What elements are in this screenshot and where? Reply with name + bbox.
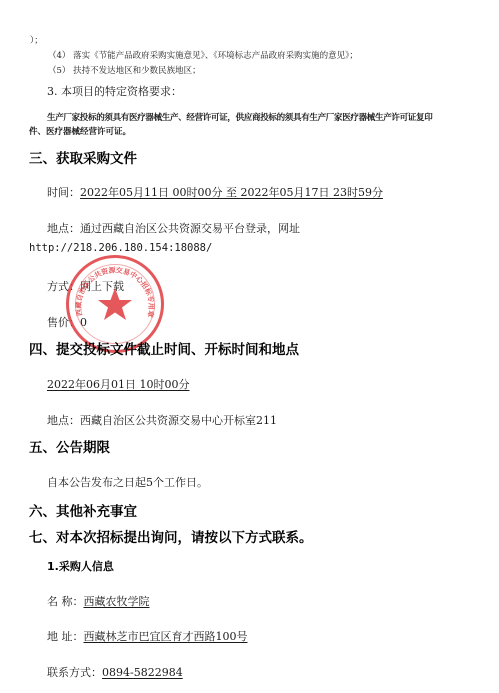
purchaser-contact-row: 联系方式：0894-5822984 bbox=[47, 664, 183, 680]
obtain-place-row: 地点：通过西藏自治区公共资源交易平台登录，网址 bbox=[47, 220, 300, 236]
place-label: 地点： bbox=[47, 222, 80, 235]
purchaser-address-row: 地 址：西藏林芝市巴宜区育才西路100号 bbox=[47, 628, 248, 644]
contact-label: 联系方式： bbox=[47, 666, 102, 679]
opening-place-value: 西藏自治区公共资源交易中心开标室211 bbox=[80, 414, 277, 427]
red-star-icon: 西藏自治区公共资源交易中心招标专用章 bbox=[69, 258, 161, 350]
opening-place-label: 地点： bbox=[47, 414, 80, 427]
section-title-submission-deadline: 四、提交投标文件截止时间、开标时间和地点 bbox=[29, 338, 299, 358]
contact-value: 0894-5822984 bbox=[102, 666, 183, 679]
address-label: 地 址： bbox=[47, 630, 84, 643]
section-title-obtain-documents: 三、获取采购文件 bbox=[29, 147, 137, 167]
platform-url[interactable]: http://218.206.180.154:18088/ bbox=[29, 242, 212, 254]
name-value: 西藏农牧学院 bbox=[84, 595, 150, 608]
place-value: 通过西藏自治区公共资源交易平台登录，网址 bbox=[80, 222, 300, 235]
price-row: 售价：0 bbox=[47, 314, 87, 330]
method-value: 网上下载 bbox=[80, 280, 124, 293]
method-label: 方式： bbox=[47, 280, 80, 293]
name-label: 名 称： bbox=[47, 595, 84, 608]
section-title-contact: 七、对本次招标提出询问，请按以下方式联系。 bbox=[29, 526, 313, 546]
opening-place-row: 地点：西藏自治区公共资源交易中心开标室211 bbox=[47, 412, 277, 428]
list-item-4: （4） 落实《节能产品政府采购实施意见》、《环境标志产品政府采购实施的意见》； bbox=[48, 49, 358, 61]
address-value: 西藏林芝市巴宜区育才西路100号 bbox=[84, 630, 248, 643]
section-title-supplementary: 六、其他补充事宜 bbox=[29, 500, 137, 520]
time-label: 时间： bbox=[47, 186, 80, 199]
purchaser-info-heading: 1.采购人信息 bbox=[47, 558, 114, 574]
continuation-line: ）； bbox=[30, 34, 43, 46]
seal-inner-ring bbox=[75, 264, 155, 344]
section-title-notice-period: 五、公告期限 bbox=[29, 436, 110, 456]
deadline-value: 2022年06月01日 10时00分 bbox=[47, 376, 189, 392]
notice-period-text: 自本公告发布之日起5个工作日。 bbox=[47, 474, 208, 490]
price-value: 0 bbox=[80, 316, 87, 329]
special-requirements-heading: 3. 本项目的特定资格要求： bbox=[47, 83, 182, 99]
special-requirements-line2: 件、医疗器械经营许可证。 bbox=[29, 125, 131, 137]
special-requirements-line1: 生产厂家投标的须具有医疗器械生产、经营许可证，供应商投标的须具有生产厂家医疗器械… bbox=[47, 111, 432, 123]
price-label: 售价： bbox=[47, 316, 80, 329]
time-value: 2022年05月11日 00时00分 至 2022年05月17日 23时59分 bbox=[80, 186, 383, 199]
list-item-5: （5） 扶持不发达地区和少数民族地区； bbox=[48, 64, 201, 76]
obtain-method-row: 方式：网上下载 bbox=[47, 278, 124, 294]
obtain-time-row: 时间：2022年05月11日 00时00分 至 2022年05月17日 23时5… bbox=[47, 184, 383, 200]
purchaser-name-row: 名 称：西藏农牧学院 bbox=[47, 593, 150, 609]
